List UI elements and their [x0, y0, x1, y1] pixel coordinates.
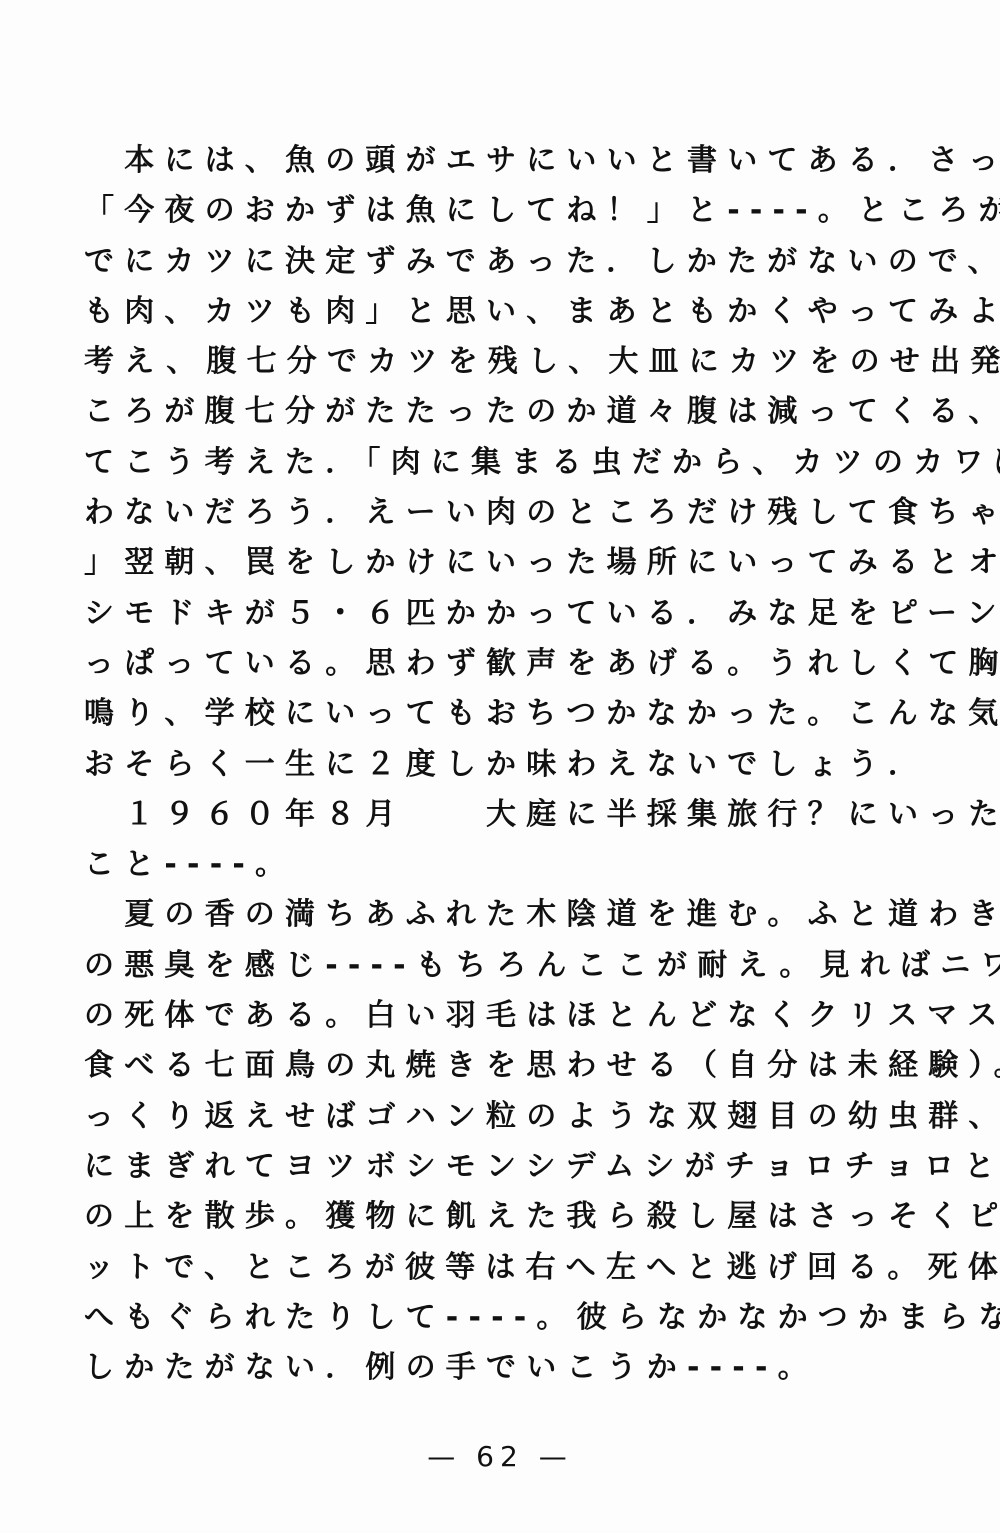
text-line: も肉、カツも肉」と思い、まあともかくやってみようと	[84, 287, 924, 337]
text-line: っぱっている。思わず歓声をあげる。うれしくて胸は高	[84, 639, 924, 689]
text-line: シモドキが５・６匹かかっている．みな足をピーンとつ	[84, 589, 924, 639]
text-line: の死体である。白い羽毛はほとんどなくクリスマスの時	[84, 991, 924, 1041]
page-number: — 62 —	[0, 1440, 1000, 1473]
text-line: 本には、魚の頭がエサにいいと書いてある．さっそく	[84, 136, 924, 186]
text-line: でにカツに決定ずみであった．しかたがないので、「魚	[84, 237, 924, 287]
text-line: へもぐられたりして----。彼らなかなかつかまらない。	[84, 1293, 924, 1343]
text-line: わないだろう．えーい肉のところだけ残して食ちゃえ！	[84, 488, 924, 538]
text-line: 考え、腹七分でカツを残し、大皿にカツをのせ出発！と	[84, 337, 924, 387]
text-line: 」翌朝、罠をしかけにいった場所にいってみるとオサム	[84, 538, 924, 588]
body-text: 本には、魚の頭がエサにいいと書いてある．さっそく 「今夜のおかずは魚にしてね！」…	[84, 136, 924, 1393]
text-line: １９６０年８月 大庭に半採集旅行？にいった時の	[84, 790, 924, 840]
text-line: ころが腹七分がたたったのか道々腹は減ってくる、困っ	[84, 387, 924, 437]
text-line: ットで、ところが彼等は右へ左へと逃げ回る。死体の下	[84, 1243, 924, 1293]
text-line: てこう考えた．「肉に集まる虫だから、カツのカワは食	[84, 438, 924, 488]
text-line: 食べる七面鳥の丸焼きを思わせる（自分は未経験）。ひ	[84, 1041, 924, 1091]
text-line: こと----。	[84, 840, 924, 890]
text-line: 鳴り、学校にいってもおちつかなかった。こんな気持は	[84, 689, 924, 739]
text-line: おそらく一生に２度しか味わえないでしょう．	[84, 740, 924, 790]
document-page: 本には、魚の頭がエサにいいと書いてある．さっそく 「今夜のおかずは魚にしてね！」…	[0, 0, 1000, 1533]
text-line: しかたがない．例の手でいこうか----。	[84, 1343, 924, 1393]
text-line: にまぎれてヨツボシモンシデムシがチョロチョロと死体	[84, 1142, 924, 1192]
text-line: の上を散歩。獲物に飢えた我ら殺し屋はさっそくピンセ	[84, 1192, 924, 1242]
text-line: の悪臭を感じ----もちろんここが耐え。見ればニワトリ	[84, 941, 924, 991]
text-line: っくり返えせばゴハン粒のような双翅目の幼虫群、それ	[84, 1092, 924, 1142]
text-line: 夏の香の満ちあふれた木陰道を進む。ふと道わきから	[84, 890, 924, 940]
text-line: 「今夜のおかずは魚にしてね！」と----。ところがす,	[84, 186, 924, 236]
